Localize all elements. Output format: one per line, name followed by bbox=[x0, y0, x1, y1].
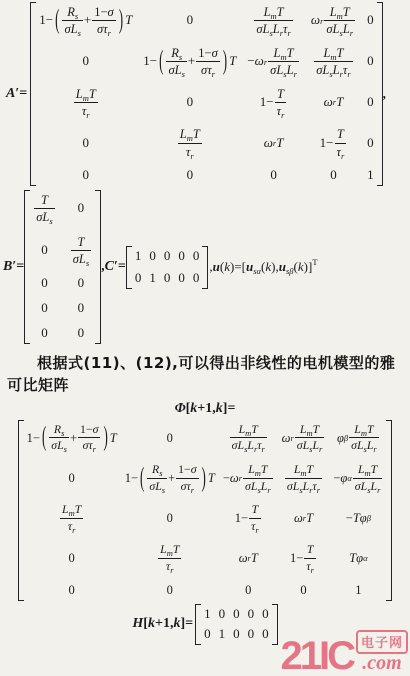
matrix-cell: 0 bbox=[83, 54, 90, 69]
matrix-cell: LmTτr bbox=[157, 543, 182, 573]
matrix-cell: 0 bbox=[193, 271, 200, 286]
matrix-cell: 0 bbox=[78, 276, 85, 291]
matrix-C: 1000001000 bbox=[126, 246, 209, 289]
matrix-cell: 1 bbox=[219, 627, 226, 642]
matrix-cell: ωrLmTσLsLr bbox=[282, 423, 326, 453]
matrix-cell: 0 bbox=[78, 201, 85, 216]
matrix-cell: Tφα bbox=[349, 551, 367, 565]
matrix-cell: 0 bbox=[262, 607, 269, 622]
matrix-cell: 0 bbox=[204, 627, 211, 642]
matrix-cell: LmTσLsLrτr bbox=[229, 423, 268, 453]
matrix-cell: 1−Tτr bbox=[260, 87, 288, 119]
matrix-cell: 1−(RsσLs+1−σστr)T bbox=[143, 46, 236, 78]
matrix-cell: 0 bbox=[187, 168, 194, 183]
matrix-cell: 0 bbox=[41, 301, 48, 316]
matrix-B: TσLs00TσLs000000 bbox=[24, 190, 101, 344]
equation-B-C-u: B′= TσLs00TσLs000000 ,C′= 1000001000 ,u(… bbox=[0, 190, 410, 344]
matrix-cell: 1−(RsσLs+1−σστr)T bbox=[27, 423, 117, 453]
matrix-cell: 0 bbox=[367, 54, 374, 69]
matrix-cell: 0 bbox=[41, 243, 48, 258]
matrix-Phi: 1−(RsσLs+1−σστr)T0LmTσLsLrτrωrLmTσLsLrφβ… bbox=[18, 420, 393, 601]
matrix-cell: 0 bbox=[167, 511, 173, 525]
matrix-cell: LmTσLsLrτr bbox=[284, 463, 323, 493]
matrix-cell: 1−(RsσLs+1−σστr)T bbox=[125, 463, 215, 493]
matrix-A-trailing-comma: , bbox=[383, 87, 386, 102]
matrix-cell: 0 bbox=[135, 271, 142, 286]
matrix-cell: −ωrLmTσLsLr bbox=[247, 46, 300, 78]
equation-H: H[k+1,k]= 1000001000 bbox=[0, 604, 410, 645]
matrix-H-label: H[k+1,k]= bbox=[132, 616, 193, 632]
matrix-cell: 0 bbox=[187, 95, 194, 110]
matrix-cell: LmTτr bbox=[73, 87, 99, 119]
matrix-C-label: ,C′= bbox=[101, 259, 126, 275]
matrix-cell: 0 bbox=[167, 583, 173, 597]
matrix-cell: 0 bbox=[270, 168, 277, 183]
watermark-brand-text: 21IC bbox=[280, 641, 353, 672]
matrix-right-bracket bbox=[386, 420, 392, 601]
matrix-cell: LmTτr bbox=[177, 127, 203, 159]
matrix-cell: 1 bbox=[367, 168, 374, 183]
matrix-cell: −Tφβ bbox=[346, 511, 371, 525]
matrix-cell: 0 bbox=[367, 95, 374, 110]
matrix-cell: 1−Tτr bbox=[235, 503, 262, 533]
matrix-cell: ωrT bbox=[294, 511, 313, 525]
matrix-A: 1−(RsσLs+1−σστr)T0LmTσLsLrτrωrLmTσLsLr00… bbox=[30, 2, 382, 186]
matrix-right-bracket bbox=[202, 246, 208, 289]
matrix-cell: 0 bbox=[69, 583, 75, 597]
matrix-cell: 0 bbox=[69, 551, 75, 565]
matrix-cell: 1−Tτr bbox=[320, 127, 348, 159]
matrix-cell: 0 bbox=[193, 249, 200, 264]
matrix-cell: 0 bbox=[367, 13, 374, 28]
matrix-cell: 0 bbox=[330, 168, 337, 183]
matrix-cell: LmTσLsLrτr bbox=[253, 5, 294, 37]
matrix-cell: −ωrLmTσLsLr bbox=[223, 463, 274, 493]
matrix-cell: ωrT bbox=[239, 551, 258, 565]
matrix-cell: 0 bbox=[233, 627, 240, 642]
matrix-H: 1000001000 bbox=[195, 604, 278, 645]
matrix-cell: ωrT bbox=[264, 136, 284, 151]
matrix-cell: 0 bbox=[83, 168, 90, 183]
matrix-cell: 1 bbox=[355, 583, 361, 597]
matrix-cell: 0 bbox=[83, 136, 90, 151]
matrix-cell: 0 bbox=[178, 271, 185, 286]
matrix-cell: LmTσLsLrτr bbox=[313, 46, 354, 78]
matrix-cell: φβLmTσLsLr bbox=[337, 423, 380, 453]
matrix-cell: 0 bbox=[187, 13, 194, 28]
matrix-cell: TσLs bbox=[33, 193, 55, 225]
matrix-cell: 0 bbox=[78, 326, 85, 341]
matrix-cell: 0 bbox=[149, 249, 156, 264]
matrix-A-label: A′= bbox=[6, 86, 27, 102]
matrix-cell: 0 bbox=[78, 301, 85, 316]
matrix-cell: 0 bbox=[167, 431, 173, 445]
matrix-cell: 1 bbox=[149, 271, 156, 286]
matrix-Phi-label: Φ[k+1,k]= bbox=[175, 401, 236, 417]
matrix-cell: 0 bbox=[248, 627, 255, 642]
matrix-cell: TσLs bbox=[70, 235, 92, 267]
matrix-cell: 1−Tτr bbox=[290, 543, 317, 573]
matrix-cell: 0 bbox=[164, 249, 171, 264]
matrix-right-bracket bbox=[272, 604, 278, 645]
matrix-cell: 0 bbox=[248, 607, 255, 622]
matrix-cell: LmTτr bbox=[59, 503, 84, 533]
matrix-cell: 0 bbox=[367, 136, 374, 151]
matrix-B-label: B′= bbox=[3, 259, 24, 275]
input-vector-u: ,u(k)=[usα(k),usβ(k)]T bbox=[209, 260, 317, 275]
scanned-paper-page: A′= 1−(RsσLs+1−σστr)T0LmTσLsLrτrωrLmTσLs… bbox=[0, 0, 410, 676]
body-paragraph: 根据式(11)、(12),可以得出非线性的电机模型的雅可比矩阵 bbox=[7, 353, 403, 397]
matrix-cell: 1−(RsσLs+1−σστr)T bbox=[39, 5, 132, 37]
matrix-cell: −φαLmTσLsLr bbox=[333, 463, 383, 493]
matrix-cell: 0 bbox=[41, 276, 48, 291]
matrix-cell: 0 bbox=[41, 326, 48, 341]
jacobian-phi-label-line: Φ[k+1,k]= bbox=[0, 401, 410, 417]
matrix-cell: ωrLmTσLsLr bbox=[311, 5, 356, 37]
equation-A: A′= 1−(RsσLs+1−σστr)T0LmTσLsLrτrωrLmTσLs… bbox=[0, 2, 410, 186]
matrix-cell: 0 bbox=[219, 607, 226, 622]
matrix-cell: 0 bbox=[164, 271, 171, 286]
matrix-cell: 0 bbox=[300, 583, 306, 597]
equation-Phi-matrix: 1−(RsσLs+1−σστr)T0LmTσLsLrτrωrLmTσLsLrφβ… bbox=[0, 420, 410, 601]
matrix-cell: 0 bbox=[178, 249, 185, 264]
matrix-cell: 0 bbox=[233, 607, 240, 622]
matrix-cell: 0 bbox=[245, 583, 251, 597]
matrix-cell: 0 bbox=[69, 471, 75, 485]
matrix-cell: 0 bbox=[262, 627, 269, 642]
matrix-cell: 1 bbox=[135, 249, 142, 264]
matrix-cell: ωrT bbox=[324, 95, 344, 110]
matrix-cell: 1 bbox=[204, 607, 211, 622]
watermark-domain-text: .com bbox=[362, 654, 401, 672]
